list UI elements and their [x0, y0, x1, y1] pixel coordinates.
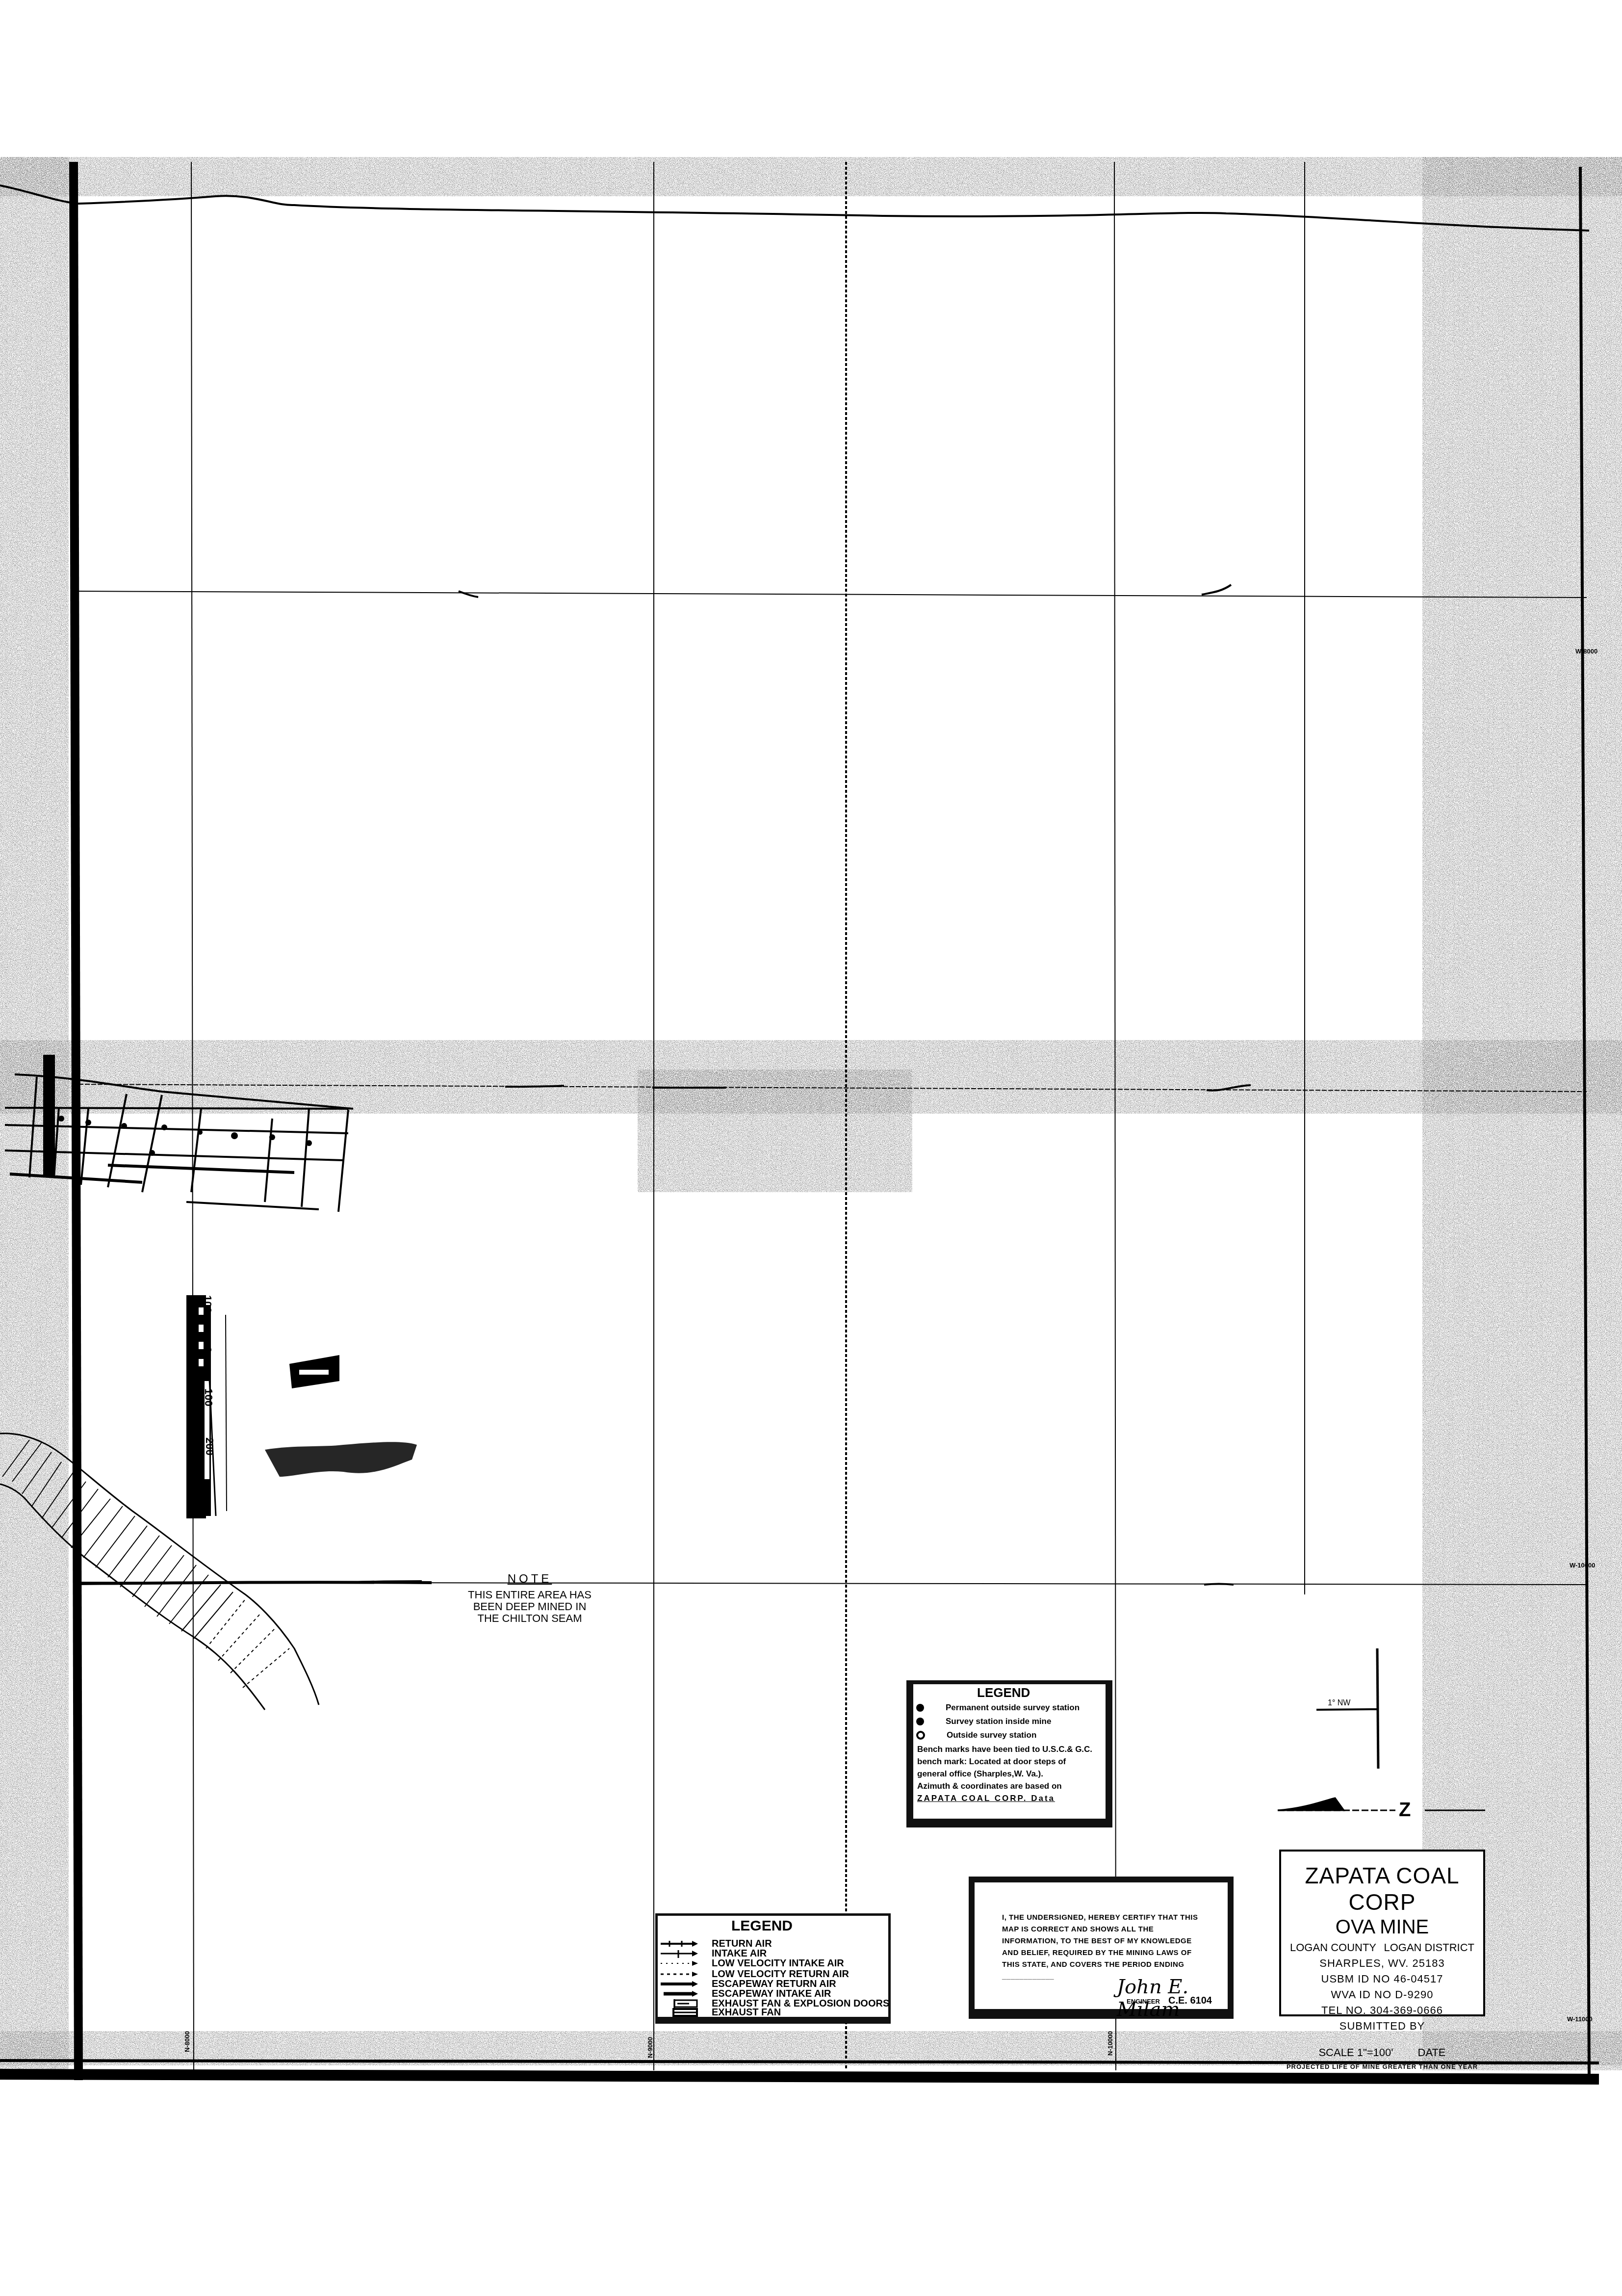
scale-bar: 100 0 100 200 [184, 1295, 230, 1521]
title-block: ZAPATA COAL CORP OVA MINE LOGAN COUNTY L… [1279, 1850, 1485, 2016]
engineer-label: ENGINEER [1127, 1998, 1160, 2005]
district: LOGAN DISTRICT [1384, 1941, 1474, 1954]
survey-stations [58, 1116, 312, 1156]
ventilation-legend-title: LEGEND [731, 1918, 793, 1934]
legend-item-escapeway-return: ESCAPEWAY RETURN AIR [660, 1980, 836, 1988]
engineer-license: C.E. 6104 [1168, 1995, 1212, 2007]
engineer-certification: I, THE UNDERSIGNED, HEREBY CERTIFY THAT … [969, 1877, 1234, 2019]
return-air-arrow-icon [660, 1939, 699, 1948]
intake-air-arrow-icon [660, 1949, 699, 1958]
scale-label: 100 [201, 1295, 214, 1313]
legend-item-low-velocity-return: LOW VELOCITY RETURN AIR [660, 1970, 849, 1979]
address: SHARPLES, WV. 25183 [1281, 1957, 1483, 1970]
grid-label-bottom: N-8000 [183, 2031, 191, 2052]
survey-legend-notes: Bench marks have been tied to U.S.C.& G.… [917, 1743, 1108, 1804]
declination-label: 1° NW [1328, 1699, 1350, 1708]
grid-label-right: W-10000 [1570, 1562, 1596, 1569]
scale-label: 0 [201, 1347, 214, 1353]
survey-legend-title: LEGEND [977, 1685, 1030, 1700]
usbm-id: USBM ID NO 46-04517 [1281, 1973, 1483, 1985]
date-label: DATE [1418, 2046, 1446, 2059]
certification-text: I, THE UNDERSIGNED, HEREBY CERTIFY THAT … [1002, 1912, 1208, 1983]
legend-item-escapeway-intake: ESCAPEWAY INTAKE AIR [660, 1989, 831, 1998]
permanent-station-icon [916, 1704, 924, 1712]
grid-label-bottom: N-9000 [646, 2037, 654, 2058]
exhaust-fan-icon [660, 2008, 699, 2017]
pencil-sharpener-smudge [265, 1355, 417, 1477]
survey-legend-item: Permanent outside survey station [916, 1703, 1080, 1713]
inside-station-icon [916, 1718, 924, 1725]
escapeway-return-arrow-icon [660, 1980, 699, 1988]
company-name: ZAPATA COAL CORP [1281, 1862, 1483, 1915]
low-velocity-return-arrow-icon [660, 1970, 699, 1979]
legend-item-low-velocity-intake: LOW VELOCITY INTAKE AIR [660, 1959, 844, 1968]
legend-item-intake-air: INTAKE AIR [660, 1949, 767, 1958]
ventilation-legend: LEGEND RETURN AIR INTAKE AIR LOW VELOCIT… [655, 1913, 891, 2024]
low-velocity-intake-arrow-icon [660, 1959, 699, 1968]
legend-item-exhaust-fan: EXHAUST FAN [660, 2008, 781, 2017]
note-title: NOTE [466, 1572, 593, 1586]
legend-item-return-air: RETURN AIR [660, 1939, 772, 1948]
scale-label: 100 [202, 1388, 215, 1407]
grid-label-right: W-8000 [1575, 648, 1597, 655]
survey-legend: LEGEND Permanent outside survey station … [906, 1680, 1112, 1827]
note-body: THIS ENTIRE AREA HAS BEEN DEEP MINED IN … [466, 1589, 593, 1624]
grid-label-bottom: N-10000 [1107, 2031, 1114, 2056]
exhaust-fan-explosion-doors-icon [660, 1999, 699, 2008]
county-district-row: LOGAN COUNTY LOGAN DISTRICT [1281, 1941, 1483, 1954]
wva-id: WVA ID NO D-9290 [1281, 1988, 1483, 2001]
county: LOGAN COUNTY [1290, 1941, 1376, 1954]
map-note: NOTE THIS ENTIRE AREA HAS BEEN DEEP MINE… [466, 1572, 593, 1624]
submitted-by: SUBMITTED BY [1281, 2020, 1483, 2033]
north-letter: Z [1399, 1799, 1411, 1821]
scale-label: 200 [203, 1437, 216, 1456]
mine-name: OVA MINE [1281, 1916, 1483, 1938]
survey-legend-item: Outside survey station [916, 1730, 1036, 1740]
projected-life: PROJECTED LIFE OF MINE GREATER THAN ONE … [1281, 2063, 1483, 2070]
fold-creases [0, 185, 1589, 1585]
outside-station-icon [916, 1731, 925, 1740]
scale-text: SCALE 1"=100' [1318, 2046, 1393, 2059]
telephone: TEL NO. 304-369-0666 [1281, 2004, 1483, 2017]
escapeway-intake-arrow-icon [660, 1989, 699, 1998]
survey-legend-item: Survey station inside mine [916, 1717, 1051, 1726]
grid-label-right: W-11000 [1567, 2015, 1593, 2023]
scale-date-row: SCALE 1"=100' DATE [1281, 2046, 1483, 2059]
scan-noise [0, 157, 1622, 2070]
